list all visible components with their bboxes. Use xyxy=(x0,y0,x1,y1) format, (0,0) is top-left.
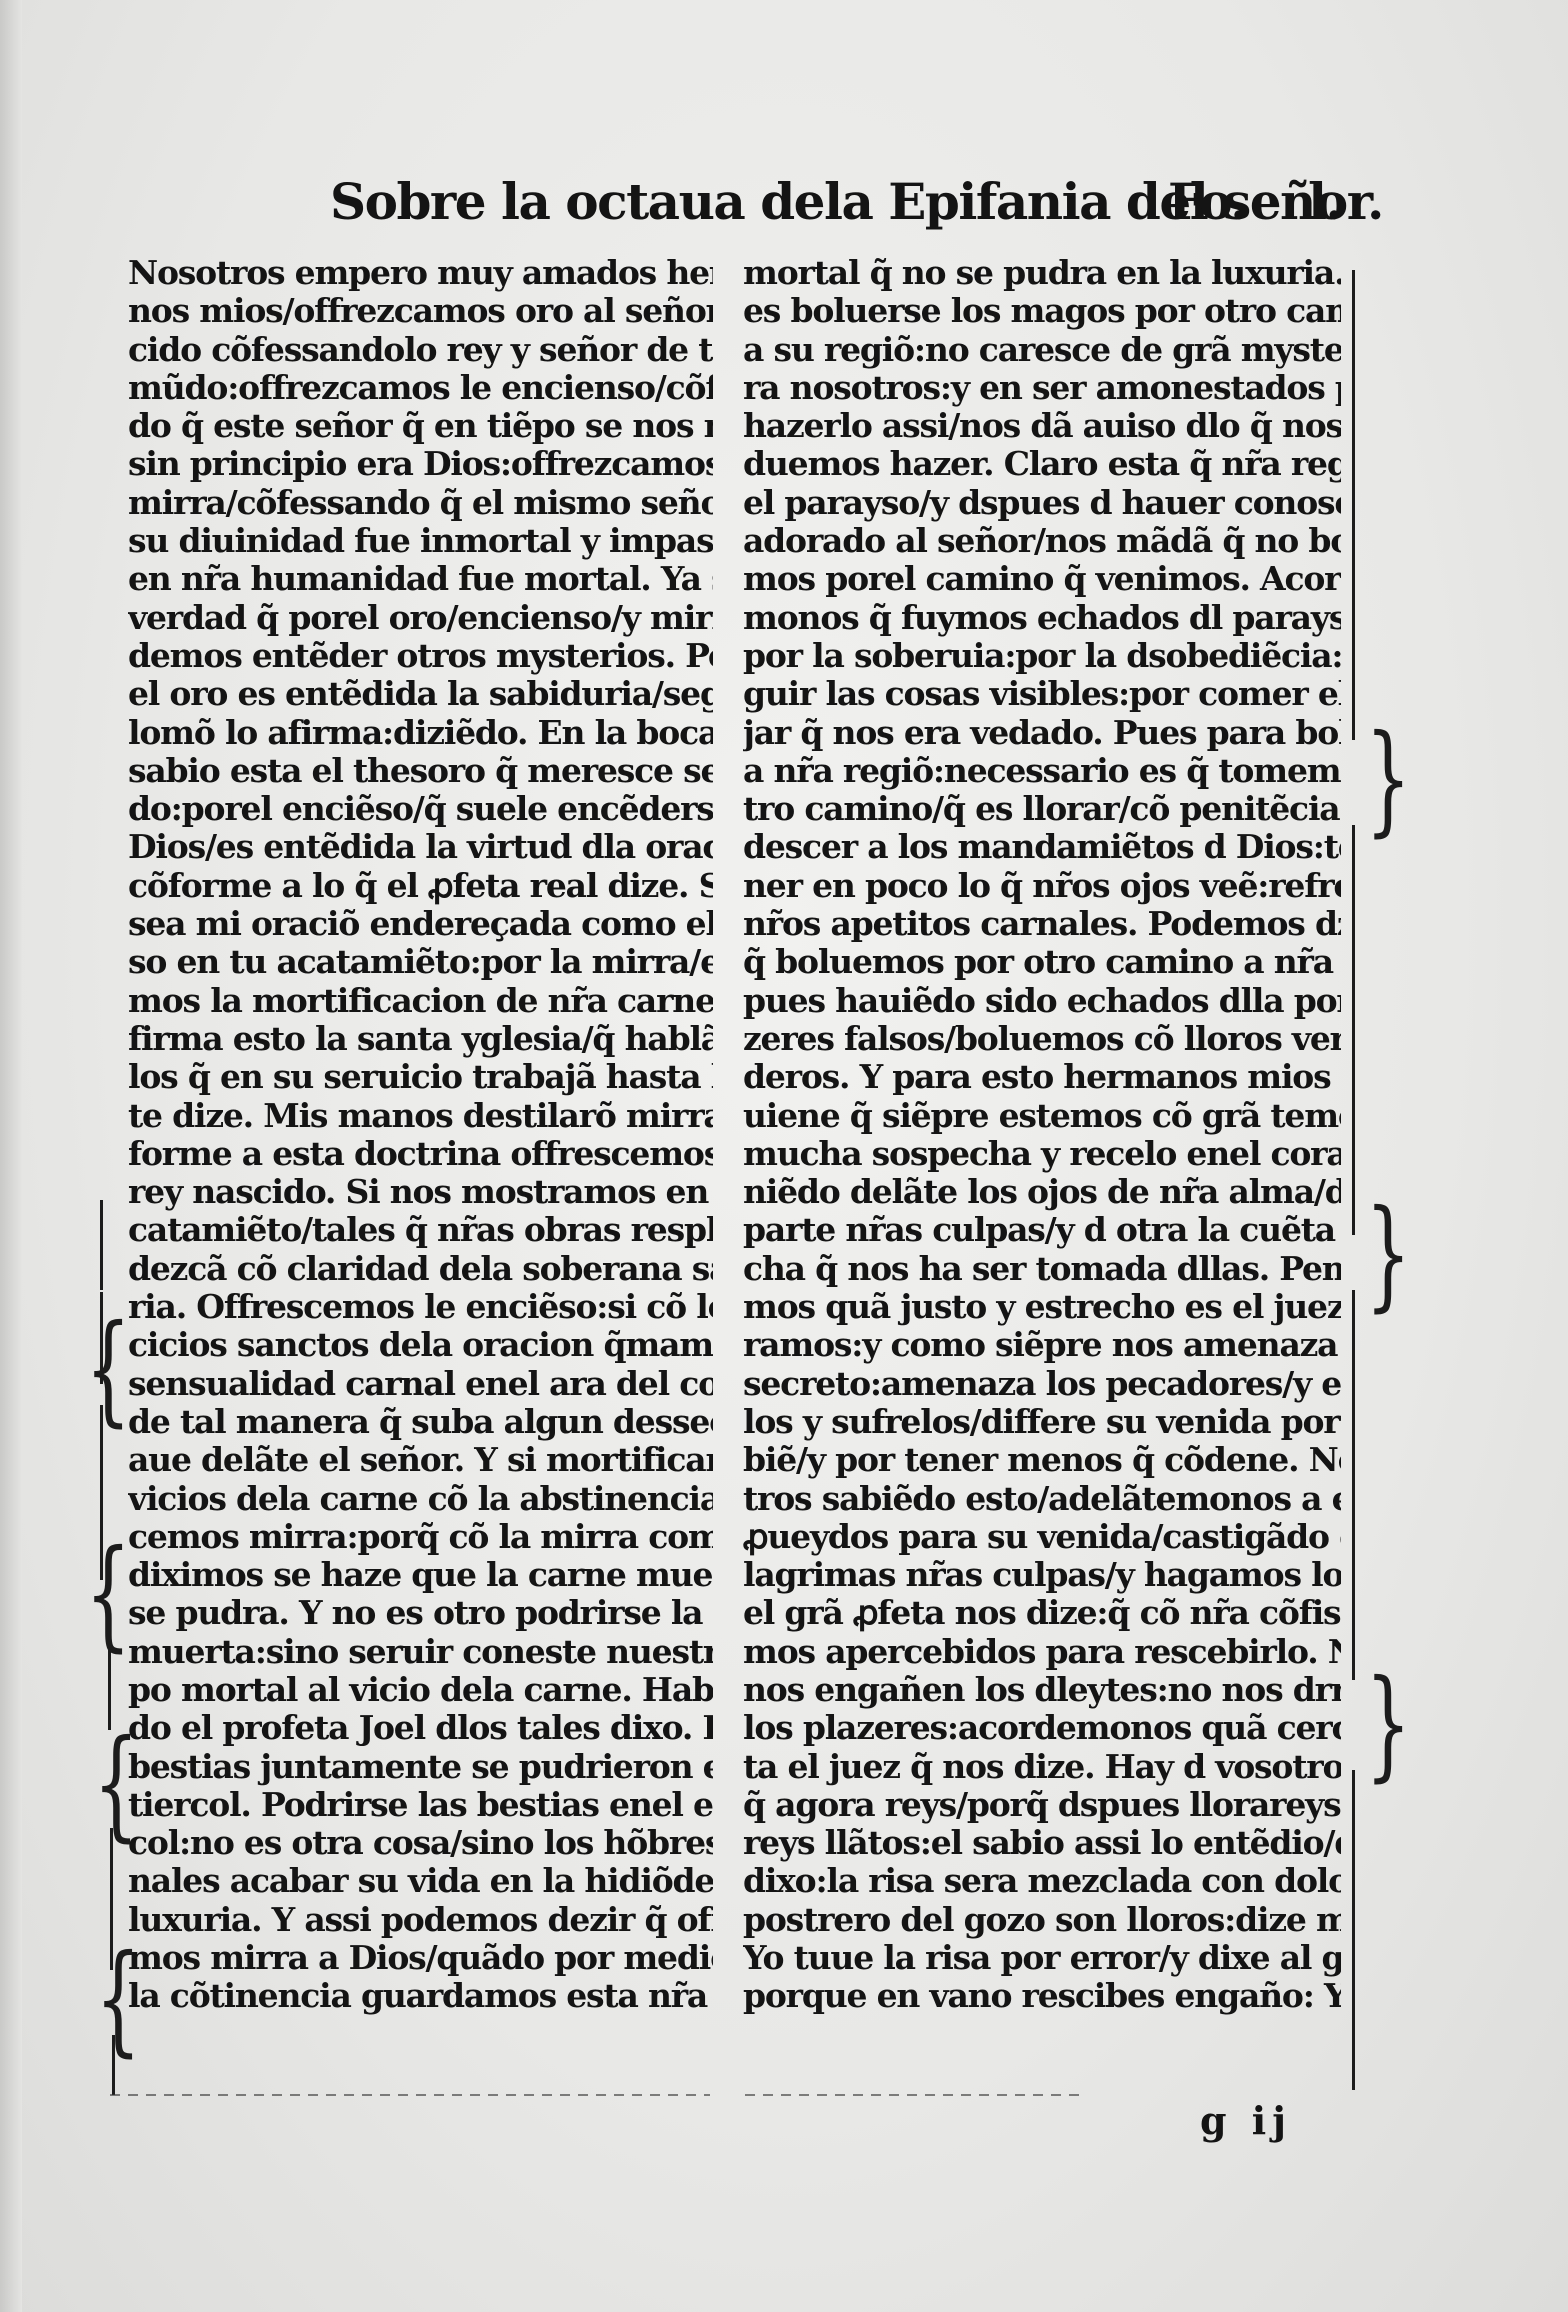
text-line: mos apercebidos para rescebirlo. No xyxy=(743,1633,1341,1671)
text-line: dezcã cõ claridad dela soberana sabidu= xyxy=(128,1250,713,1288)
text-line: postrero del gozo son lloros:dize mas. xyxy=(743,1901,1341,1939)
text-line: rey nascido. Si nos mostramos en su a= xyxy=(128,1173,713,1211)
folio-label: Fo. xyxy=(1168,172,1246,231)
text-line: porque en vano rescibes engaño: Y el xyxy=(743,1977,1341,2015)
margin-brace-icon: { xyxy=(93,1725,139,1845)
text-line: catamiẽto/tales q̃ nr̃as obras resplan= xyxy=(128,1211,713,1249)
text-line: pues hauiẽdo sido echados dlla por pla xyxy=(743,982,1341,1020)
text-line: a nr̃a regiõ:necessario es q̃ tomemos o= xyxy=(743,752,1341,790)
text-line: nales acabar su vida en la hidiõdez dela xyxy=(128,1862,713,1900)
text-line: es boluerse los magos por otro camino xyxy=(743,292,1341,330)
text-line: en nr̃a humanidad fue mortal. Ya sea xyxy=(128,560,713,598)
text-line: los y sufrelos/differe su venida por nr̃… xyxy=(743,1403,1341,1441)
text-line: mos porel camino q̃ venimos. Acorde= xyxy=(743,560,1341,598)
text-line: su diuinidad fue inmortal y impassible/ xyxy=(128,522,713,560)
text-line: cido cõfessandolo rey y señor de todo el xyxy=(128,331,713,369)
text-line: diximos se haze que la carne muerta/no xyxy=(128,1556,713,1594)
text-line: se pudra. Y no es otro podrirse la carne xyxy=(128,1594,713,1632)
text-line: aue delãte el señor. Y si mortificamos l… xyxy=(128,1441,713,1479)
book-page: Sobre la octaua dela Epifania del señor.… xyxy=(0,0,1568,2312)
text-line: bestias juntamente se pudrieron en su es… xyxy=(128,1748,713,1786)
text-line: biẽ/y por tener menos q̃ cõdene. Noso= xyxy=(743,1441,1341,1479)
running-head: Sobre la octaua dela Epifania del señor.… xyxy=(330,172,1350,242)
text-line: ta el juez q̃ nos dize. Hay d vosotros l… xyxy=(743,1748,1341,1786)
text-line: vicios dela carne cõ la abstinencia/offr… xyxy=(128,1480,713,1518)
text-line: tros sabiẽdo esto/adelãtemonos a estar xyxy=(743,1480,1341,1518)
text-line: por la soberuia:por la dsobediẽcia:por s… xyxy=(743,637,1341,675)
margin-rule xyxy=(1352,825,1355,1235)
text-line: do:porel enciẽso/q̃ suele encẽderse para xyxy=(128,790,713,828)
margin-rule xyxy=(100,1200,103,1290)
text-line: jar q̃ nos era vedado. Pues para boluer xyxy=(743,714,1341,752)
text-line: mũdo:offrezcamos le encienso/cõfessan xyxy=(128,369,713,407)
margin-rule xyxy=(1352,270,1355,740)
text-line: cemos mirra:porq̃ cõ la mirra como ya xyxy=(128,1518,713,1556)
margin-brace-icon: { xyxy=(1365,1195,1411,1315)
text-line: cicios sanctos dela oracion q̃mamos la xyxy=(128,1326,713,1364)
text-line: so en tu acatamiẽto:por la mirra/entẽde xyxy=(128,943,713,981)
text-line: do q̃ este señor q̃ en tiẽpo se nos most… xyxy=(128,407,713,445)
text-line: adorado al señor/nos mãdã q̃ no bolua xyxy=(743,522,1341,560)
text-line: duemos hazer. Claro esta q̃ nr̃a regiõ e… xyxy=(743,445,1341,483)
column-end-rule-right xyxy=(745,2094,1085,2096)
text-line: los q̃ en su seruicio trabajã hasta la m… xyxy=(128,1058,713,1096)
text-line: tiercol. Podrirse las bestias enel estie… xyxy=(128,1786,713,1824)
margin-brace-icon: { xyxy=(85,1310,131,1430)
text-line: ner en poco lo q̃ nr̃os ojos veẽ:refrena… xyxy=(743,867,1341,905)
text-line: cha q̃ nos ha ser tomada dllas. Pense= xyxy=(743,1250,1341,1288)
text-line: do el profeta Joel dlos tales dixo. Las xyxy=(128,1709,713,1747)
margin-brace-icon: { xyxy=(95,1940,141,2060)
text-line: Yo tuue la risa por error/y dixe al gozo… xyxy=(743,1939,1341,1977)
text-line: a su regiõ:no caresce de grã mysterio pa xyxy=(743,331,1341,369)
margin-rule xyxy=(1352,1290,1355,1680)
text-line: el grã ꝓfeta nos dize:q̃ cõ nr̃a cõfissi… xyxy=(743,1594,1341,1632)
margin-rule xyxy=(1352,1770,1355,2090)
text-line: sin principio era Dios:offrezcamos le xyxy=(128,445,713,483)
text-line: po mortal al vicio dela carne. Hablan= xyxy=(128,1671,713,1709)
text-line: la cõtinencia guardamos esta nr̃a carne xyxy=(128,1977,713,2015)
text-line: descer a los mandamiẽtos d Dios:te= xyxy=(743,828,1341,866)
text-line: lagrimas nr̃as culpas/y hagamos lo q̃ xyxy=(743,1556,1341,1594)
text-line: mos quã justo y estrecho es el juez q̃ e… xyxy=(743,1288,1341,1326)
text-line: q̃ agora reys/porq̃ dspues llorareys y h… xyxy=(743,1786,1341,1824)
text-line: nr̃os apetitos carnales. Podemos dzir xyxy=(743,905,1341,943)
text-line: ramos:y como siẽpre nos amenaza y esta xyxy=(743,1326,1341,1364)
text-line: nos engañen los dleytes:no nos drribẽ xyxy=(743,1671,1341,1709)
text-line: demos entẽder otros mysterios. Por xyxy=(128,637,713,675)
text-line: lomõ lo afirma:diziẽdo. En la boca del xyxy=(128,714,713,752)
text-line: Nosotros empero muy amados herma xyxy=(128,254,713,292)
folio-number: l. xyxy=(1308,172,1341,231)
text-line: ꝓueydos para su venida/castigãdo con xyxy=(743,1518,1341,1556)
text-line: el oro es entẽdida la sabiduria/segũ Sa xyxy=(128,675,713,713)
text-line: mucha sospecha y recelo enel coraçõ/te= xyxy=(743,1135,1341,1173)
text-line: Dios/es entẽdida la virtud dla oraciõ: xyxy=(128,828,713,866)
margin-brace-icon: { xyxy=(1365,720,1411,840)
text-line: secreto:amenaza los pecadores/y espera xyxy=(743,1365,1341,1403)
text-line: q̃ boluemos por otro camino a nr̃a regiõ xyxy=(743,943,1341,981)
text-line: ria. Offrescemos le enciẽso:si cõ los ex… xyxy=(128,1288,713,1326)
text-line: te dize. Mis manos destilarõ mirra:cõ xyxy=(128,1097,713,1135)
text-line: reys llãtos:el sabio assi lo entẽdio/quã… xyxy=(743,1824,1341,1862)
text-line: forme a esta doctrina offrescemos oro al xyxy=(128,1135,713,1173)
text-line: el parayso/y dspues d hauer conoscido y xyxy=(743,484,1341,522)
text-line: mos la mortificacion de nr̃a carne. Con xyxy=(128,982,713,1020)
text-line: muerta:sino seruir coneste nuestro cuer= xyxy=(128,1633,713,1671)
text-line: ra nosotros:y en ser amonestados para xyxy=(743,369,1341,407)
text-line: guir las cosas visibles:por comer el mã xyxy=(743,675,1341,713)
text-line: col:no es otra cosa/sino los hõbres car= xyxy=(128,1824,713,1862)
text-line: uiene q̃ siẽpre estemos cõ grã temor/y c… xyxy=(743,1097,1341,1135)
text-column-left: Nosotros empero muy amados hermanos mios… xyxy=(128,254,713,2016)
margin-brace-icon: { xyxy=(1365,1665,1411,1785)
signature-mark: g ij xyxy=(1200,2098,1292,2143)
column-end-rule-left xyxy=(110,2094,710,2096)
text-line: firma esto la santa yglesia/q̃ hablãdo d… xyxy=(128,1020,713,1058)
text-line: de tal manera q̃ suba algun desseo nr̃o … xyxy=(128,1403,713,1441)
text-line: los plazeres:acordemonos quã cerca es xyxy=(743,1709,1341,1747)
margin-brace-icon: { xyxy=(85,1535,131,1655)
text-line: luxuria. Y assi podemos dezir q̃ offresc… xyxy=(128,1901,713,1939)
page-gutter-shadow xyxy=(0,0,22,2312)
text-line: verdad q̃ porel oro/encienso/y mirra/po xyxy=(128,599,713,637)
text-line: sabio esta el thesoro q̃ meresce ser des… xyxy=(128,752,713,790)
text-column-right: mortal q̃ no se pudra en la luxuria. Pu=… xyxy=(743,254,1341,2016)
text-line: hazerlo assi/nos dã auiso dlo q̃ nosotro… xyxy=(743,407,1341,445)
text-line: zeres falsos/boluemos cõ lloros verda= xyxy=(743,1020,1341,1058)
text-line: dixo:la risa sera mezclada con dolor/y l… xyxy=(743,1862,1341,1900)
text-line: mos mirra a Dios/quãdo por medio d xyxy=(128,1939,713,1977)
text-line: sea mi oraciõ endereçada como el encien xyxy=(128,905,713,943)
text-line: tro camino/q̃ es llorar/cõ penitẽcia obe… xyxy=(743,790,1341,828)
text-line: nos mios/offrezcamos oro al señor nas= xyxy=(128,292,713,330)
text-line: deros. Y para esto hermanos mios cõ= xyxy=(743,1058,1341,1096)
text-line: niẽdo delãte los ojos de nr̃a alma/d vna xyxy=(743,1173,1341,1211)
text-line: sensualidad carnal enel ara del coraçon: xyxy=(128,1365,713,1403)
text-line: mirra/cõfessando q̃ el mismo señor q̃ en xyxy=(128,484,713,522)
text-line: parte nr̃as culpas/y d otra la cuẽta est… xyxy=(743,1211,1341,1249)
text-line: cõforme a lo q̃ el ꝓfeta real dize. Seño… xyxy=(128,867,713,905)
text-line: mortal q̃ no se pudra en la luxuria. Pu= xyxy=(743,254,1341,292)
text-line: monos q̃ fuymos echados dl parayso/ xyxy=(743,599,1341,637)
